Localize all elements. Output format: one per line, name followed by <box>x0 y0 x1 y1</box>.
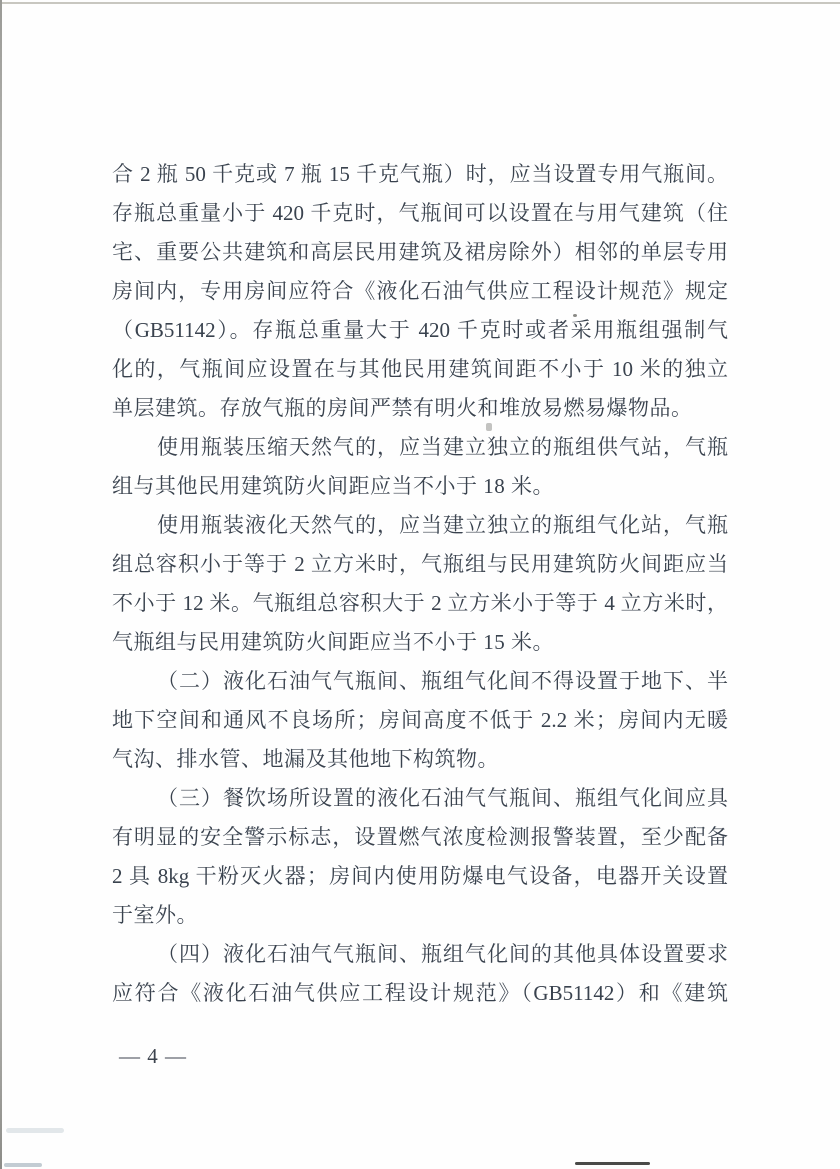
text-line: 有明显的安全警示标志，设置燃气浓度检测报警装置，至少配备 <box>112 818 728 857</box>
text-line: 使用瓶装液化天然气的，应当建立独立的瓶组气化站，气瓶 <box>112 506 728 545</box>
text-line: 组总容积小于等于 2 立方米时，气瓶组与民用建筑防火间距应当 <box>112 545 728 584</box>
text-line: 宅、重要公共建筑和高层民用建筑及裙房除外）相邻的单层专用 <box>112 233 728 272</box>
paragraph: 使用瓶装压缩天然气的，应当建立独立的瓶组供气站，气瓶组与其他民用建筑防火间距应当… <box>112 428 728 506</box>
document-body-text: 合 2 瓶 50 千克或 7 瓶 15 千克气瓶）时，应当设置专用气瓶间。存瓶总… <box>112 155 728 1013</box>
text-line: 气沟、排水管、地漏及其他地下构筑物。 <box>112 740 728 779</box>
scan-artifact-bottom-dark-segment <box>575 1162 650 1165</box>
text-line: 于室外。 <box>112 896 728 935</box>
scanned-document-page: 合 2 瓶 50 千克或 7 瓶 15 千克气瓶）时，应当设置专用气瓶间。存瓶总… <box>0 0 840 1169</box>
scan-artifact-bottom-left-smudge <box>4 1163 42 1167</box>
text-line: 应符合《液化石油气供应工程设计规范》（GB51142）和《建筑 <box>112 974 728 1013</box>
text-line: 化的，气瓶间应设置在与其他民用建筑间距不小于 10 米的独立 <box>112 350 728 389</box>
text-line: 2 具 8kg 干粉灭火器；房间内使用防爆电气设备，电器开关设置 <box>112 857 728 896</box>
text-line: （四）液化石油气气瓶间、瓶组气化间的其他具体设置要求 <box>112 935 728 974</box>
text-line: 存瓶总重量小于 420 千克时，气瓶间可以设置在与用气建筑（住 <box>112 194 728 233</box>
text-line: （三）餐饮场所设置的液化石油气气瓶间、瓶组气化间应具 <box>112 779 728 818</box>
paragraph: 使用瓶装液化天然气的，应当建立独立的瓶组气化站，气瓶组总容积小于等于 2 立方米… <box>112 506 728 662</box>
text-line: 合 2 瓶 50 千克或 7 瓶 15 千克气瓶）时，应当设置专用气瓶间。 <box>112 155 728 194</box>
text-line: 地下空间和通风不良场所；房间高度不低于 2.2 米；房间内无暖 <box>112 701 728 740</box>
text-line: 组与其他民用建筑防火间距应当不小于 18 米。 <box>112 467 728 506</box>
text-line: （二）液化石油气气瓶间、瓶组气化间不得设置于地下、半 <box>112 662 728 701</box>
text-line: （GB51142）。存瓶总重量大于 420 千克时或者采用瓶组强制气 <box>112 311 728 350</box>
paragraph: 合 2 瓶 50 千克或 7 瓶 15 千克气瓶）时，应当设置专用气瓶间。存瓶总… <box>112 155 728 428</box>
scan-edge-left-line <box>0 0 2 1169</box>
paragraph: （四）液化石油气气瓶间、瓶组气化间的其他具体设置要求应符合《液化石油气供应工程设… <box>112 935 728 1013</box>
text-line: 单层建筑。存放气瓶的房间严禁有明火和堆放易燃易爆物品。 <box>112 389 728 428</box>
paragraph: （二）液化石油气气瓶间、瓶组气化间不得设置于地下、半地下空间和通风不良场所；房间… <box>112 662 728 779</box>
page-number: — 4 — <box>119 1042 187 1070</box>
text-line: 气瓶组与民用建筑防火间距应当不小于 15 米。 <box>112 623 728 662</box>
text-line: 房间内，专用房间应符合《液化石油气供应工程设计规范》规定 <box>112 272 728 311</box>
text-line: 使用瓶装压缩天然气的，应当建立独立的瓶组供气站，气瓶 <box>112 428 728 467</box>
scan-artifact-left-low-smudge <box>6 1128 64 1133</box>
scan-edge-top-line <box>0 2 840 4</box>
paragraph: （三）餐饮场所设置的液化石油气气瓶间、瓶组气化间应具有明显的安全警示标志，设置燃… <box>112 779 728 935</box>
text-line: 不小于 12 米。气瓶组总容积大于 2 立方米小于等于 4 立方米时， <box>112 584 728 623</box>
